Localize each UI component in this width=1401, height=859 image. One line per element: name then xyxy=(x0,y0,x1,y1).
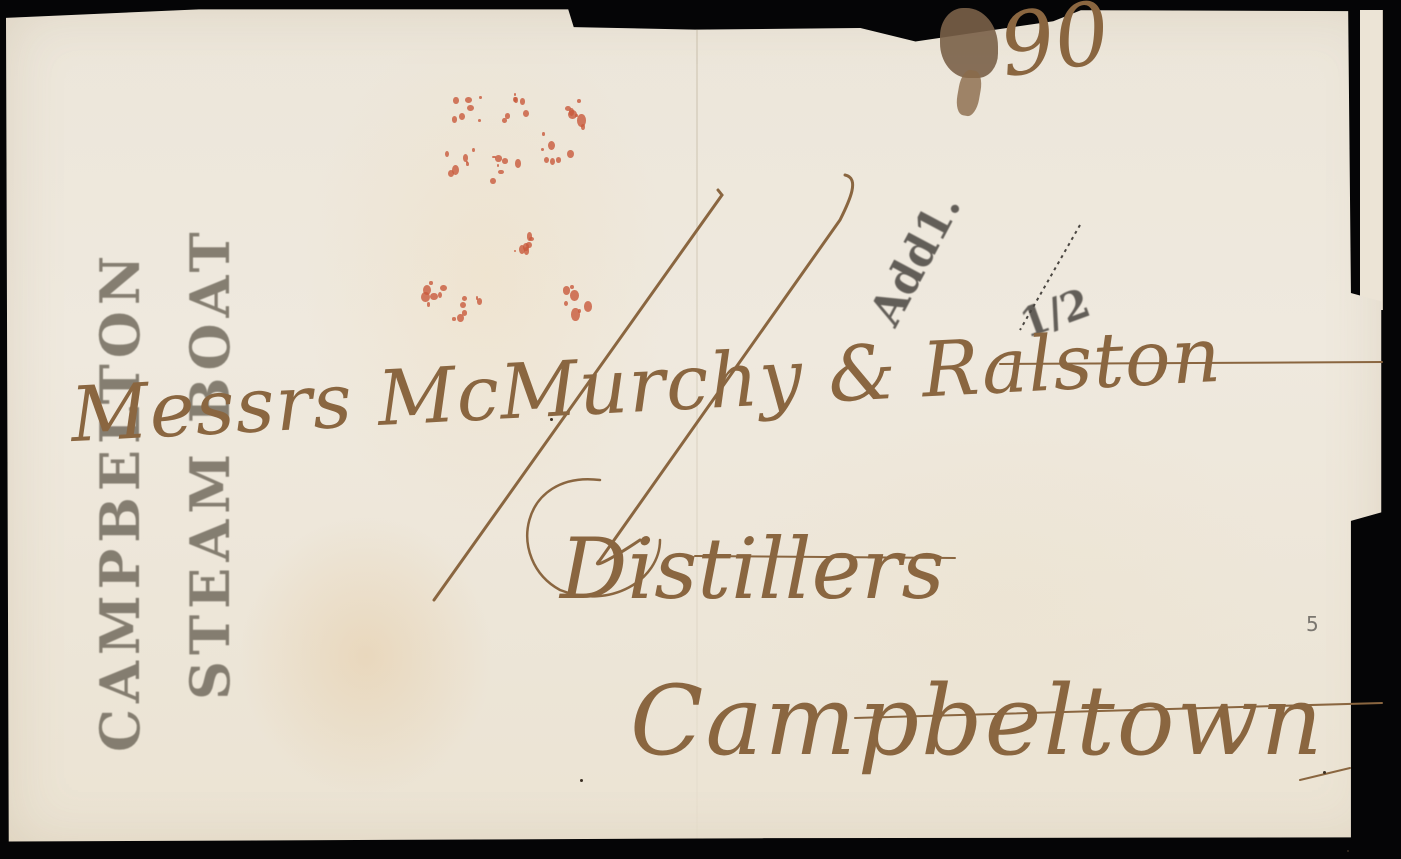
postmark-ink-dot xyxy=(570,285,574,289)
address-town: Campbeltown xyxy=(630,665,1325,777)
postmark-ink-dot xyxy=(514,93,517,96)
postmark-ink-dot xyxy=(514,97,518,103)
postmark-ink-dot xyxy=(429,281,432,285)
postmark-ink-dot xyxy=(570,290,579,301)
postmark-ink-dot xyxy=(550,158,555,165)
paper-speck xyxy=(1347,850,1349,852)
address-occupation: Distillers xyxy=(560,520,945,618)
paper-speck xyxy=(550,418,553,421)
postmark-ink-dot xyxy=(479,96,482,99)
postmark-ink-dot xyxy=(440,285,447,291)
handstamp-line1: CAMPBELTON xyxy=(88,250,152,752)
postmark-ink-dot xyxy=(556,157,561,163)
postmark-ink-dot xyxy=(542,132,545,136)
postmark-ink-dot xyxy=(498,170,503,175)
postmark-ink-dot xyxy=(523,110,529,117)
postmark-ink-dot xyxy=(502,118,506,123)
postmark-ink-dot xyxy=(577,114,585,127)
postmark-ink-dot xyxy=(565,106,571,111)
photo-stage: CAMPBELTON STEAM BOAT Add1. 1/2 90 Messr… xyxy=(0,0,1401,859)
postmark-ink-dot xyxy=(514,250,516,253)
postmark-ink-dot xyxy=(438,292,442,298)
postmark-ink-dot xyxy=(457,314,464,323)
postmark-ink-dot xyxy=(541,148,544,151)
handstamp-line2: STEAM BOAT xyxy=(178,226,242,700)
postmark-ink-dot xyxy=(427,302,430,306)
postmark-ink-dot xyxy=(526,242,532,248)
postmark-ink-dot xyxy=(445,151,449,157)
postmark-ink-dot xyxy=(544,157,550,163)
manuscript-rate: 90 xyxy=(994,0,1116,97)
postmark-ink-dot xyxy=(490,178,495,184)
postmark-ink-dot xyxy=(465,97,472,103)
postmark-ink-dot xyxy=(478,119,481,122)
postmark-ink-dot xyxy=(452,116,457,122)
folded-flap xyxy=(1360,10,1383,310)
postmark-ink-dot xyxy=(548,141,555,150)
postmark-ink-dot xyxy=(567,150,574,158)
postmark-ink-dot xyxy=(467,105,474,111)
paper-speck xyxy=(580,779,583,782)
postmark-ink-dot xyxy=(453,97,458,104)
red-postmark xyxy=(405,85,595,325)
ink-blot xyxy=(940,8,998,78)
postmark-ink-dot xyxy=(578,309,581,313)
postmark-ink-dot xyxy=(502,158,508,164)
postmark-ink-dot xyxy=(497,164,499,167)
postmark-ink-dot xyxy=(577,99,581,103)
postmark-ink-dot xyxy=(584,301,592,312)
postmark-ink-dot xyxy=(515,159,521,167)
postmark-ink-dot xyxy=(452,317,456,321)
postmark-ink-dot xyxy=(529,237,534,241)
postmark-ink-dot xyxy=(460,302,466,308)
postmark-ink-dot xyxy=(430,293,438,300)
postmark-ink-dot xyxy=(459,113,465,120)
postmark-ink-dot xyxy=(563,286,571,295)
postmark-ink-dot xyxy=(462,296,467,301)
postmark-ink-dot xyxy=(423,285,431,295)
pencil-note: 5 xyxy=(1306,612,1319,636)
postmark-ink-dot xyxy=(472,148,475,152)
postmark-ink-dot xyxy=(452,165,459,175)
postmark-ink-dot xyxy=(520,98,525,104)
paper-speck xyxy=(1323,771,1326,774)
postmark-ink-dot xyxy=(564,301,568,306)
